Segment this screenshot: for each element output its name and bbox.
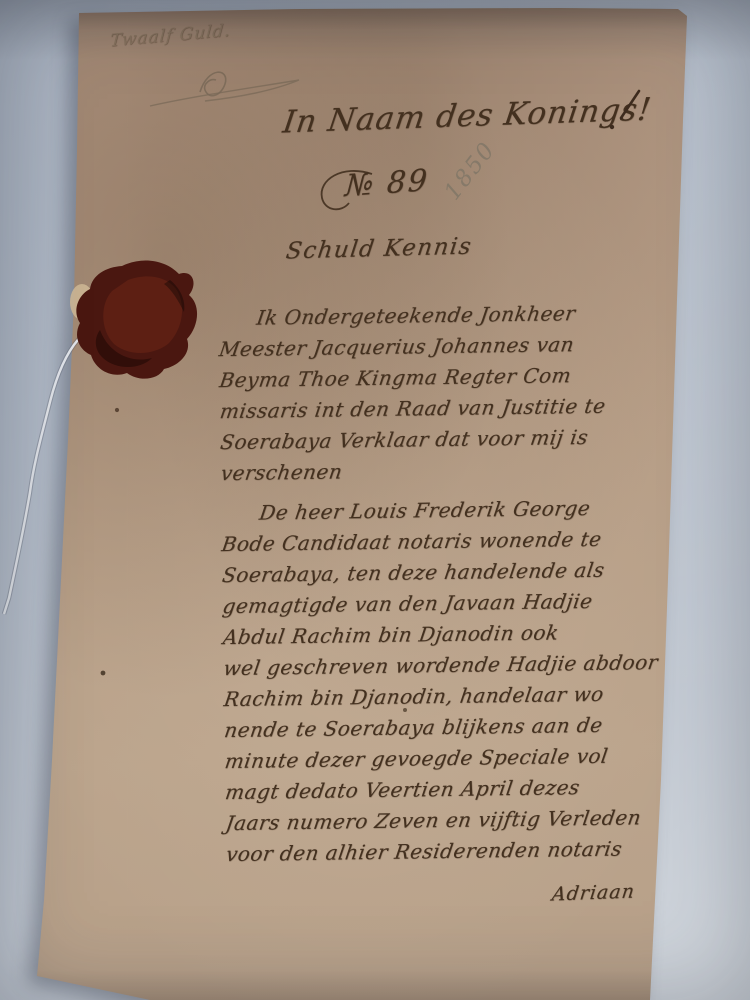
act-number: № 89 — [344, 163, 430, 204]
catchword: Adriaan — [551, 880, 637, 905]
act-title: Schuld Kennis — [284, 234, 473, 265]
manuscript-line: voor den alhier Residerenden notaris — [224, 836, 670, 873]
manuscript-line: verschenen — [218, 455, 664, 492]
photo-background: Twaalf Guld. In Naam des Konings! № 89 1… — [0, 0, 750, 1000]
manuscript-body: Ik Ondergeteekende Jonkheer Meester Jacq… — [218, 300, 668, 873]
